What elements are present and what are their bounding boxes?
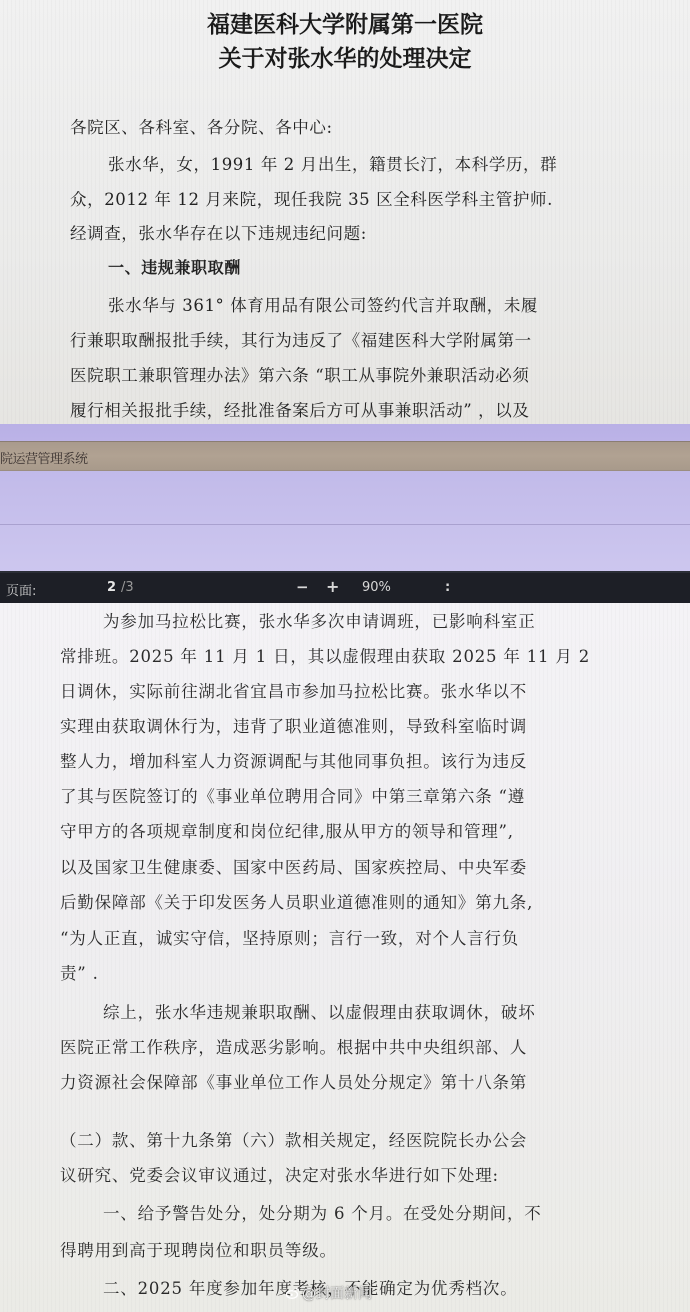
app-title: 院运营管理系统 <box>0 448 88 467</box>
section-heading-1: 一、违规兼职取酬 <box>108 255 241 278</box>
document-paragraph-line: 众，2012 年 12 月来院，现任我院 35 区全科医学科主管护师. <box>70 186 553 210</box>
document-paragraph-line: 履行相关报批手续，经批准备案后方可从事兼职活动” ，以及 <box>70 397 529 421</box>
pdf-paragraph-line: 得聘用到高于现聘岗位和职员等级。 <box>60 1237 337 1261</box>
zoom-in-button[interactable]: + <box>326 577 339 596</box>
pdf-paragraph-line: 为参加马拉松比赛，张水华多次申请调班，已影响科室正 <box>103 608 536 632</box>
pdf-page-content: 为参加马拉松比赛，张水华多次申请调班，已影响科室正 常排班。2025 年 11 … <box>0 603 690 1312</box>
document-paragraph-line: 行兼职取酬报批手续，其行为违反了《福建医科大学附属第一 <box>70 327 532 351</box>
pdf-paragraph-line: 议研究、党委会议审议通过，决定对张水华进行如下处理: <box>60 1162 499 1186</box>
pdf-paragraph-line: 力资源社会保障部《事业单位工作人员处分规定》第十八条第 <box>60 1069 527 1093</box>
weibo-icon <box>286 1287 300 1299</box>
app-title-bar: 院运营管理系统 <box>0 441 690 471</box>
zoom-out-button[interactable]: − <box>296 578 309 596</box>
pdf-paragraph-line: 守甲方的各项规章制度和岗位纪律,服从甲方的领导和管理”, <box>60 818 514 842</box>
pdf-paragraph-line: 责” . <box>60 960 99 984</box>
page-label: 页面: <box>6 580 36 599</box>
source-watermark: @封面新闻 <box>286 1283 372 1303</box>
watermark-text: @封面新闻 <box>302 1286 372 1302</box>
zoom-level[interactable]: 90% <box>362 580 391 595</box>
pdf-paragraph-line: “为人正直，诚实守信，坚持原则；言行一致，对个人言行负 <box>60 925 519 949</box>
pdf-paragraph-line: 整人力，增加科室人力资源调配与其他同事负担。该行为违反 <box>60 748 527 772</box>
document-salutation: 各院区、各科室、各分院、各中心: <box>70 114 333 138</box>
pdf-paragraph-line: 医院正常工作秩序，造成恶劣影响。根据中共中央组织部、人 <box>60 1034 527 1058</box>
document-paragraph-line: 张水华，女，1991 年 2 月出生，籍贯长汀，本科学历，群 <box>108 151 557 175</box>
pdf-paragraph-line: 了其与医院签订的《事业单位聘用合同》中第三章第六条 “遵 <box>60 783 525 807</box>
document-title-line2: 关于对张水华的处理决定 <box>0 40 690 73</box>
more-options-icon[interactable]: : <box>445 580 450 595</box>
pdf-paragraph-line: 以及国家卫生健康委、国家中医药局、国家疾控局、中央军委 <box>60 854 527 878</box>
pdf-paragraph-line: 常排班。2025 年 11 月 1 日，其以虚假理由获取 2025 年 11 月… <box>60 643 590 667</box>
document-paragraph-line: 医院职工兼职管理办法》第六条 “职工从事院外兼职活动必须 <box>70 362 529 386</box>
pdf-paragraph-line: 实理由获取调休行为，违背了职业道德准则，导致科室临时调 <box>60 713 527 737</box>
divider <box>0 524 690 525</box>
pdf-paragraph-line: 一、给予警告处分，处分期为 6 个月。在受处分期间，不 <box>103 1200 542 1224</box>
pdf-paragraph-line: 日调休，实际前往湖北省宜昌市参加马拉松比赛。张水华以不 <box>60 678 527 702</box>
document-paragraph-line: 经调查，张水华存在以下违规违纪问题: <box>70 220 367 244</box>
pdf-paragraph-line: 综上，张水华违规兼职取酬、以虚假理由获取调休，破坏 <box>103 999 536 1023</box>
current-page-input[interactable]: 2 <box>107 580 116 595</box>
document-title-line1: 福建医科大学附属第一医院 <box>0 6 690 39</box>
pdf-paragraph-line: 后勤保障部《关于印发医务人员职业道德准则的通知》第九条, <box>60 889 533 913</box>
document-paragraph-line: 张水华与 361° 体育用品有限公司签约代言并取酬，未履 <box>108 292 538 316</box>
top-document-photo: 福建医科大学附属第一医院 关于对张水华的处理决定 各院区、各科室、各分院、各中心… <box>0 0 690 424</box>
pdf-viewer-toolbar: 页面: 2 /3 − + 90% : <box>0 571 690 603</box>
total-pages: /3 <box>121 580 134 595</box>
pdf-paragraph-line: （二）款、第十九条第（六）款相关规定，经医院院长办公会 <box>60 1127 527 1151</box>
